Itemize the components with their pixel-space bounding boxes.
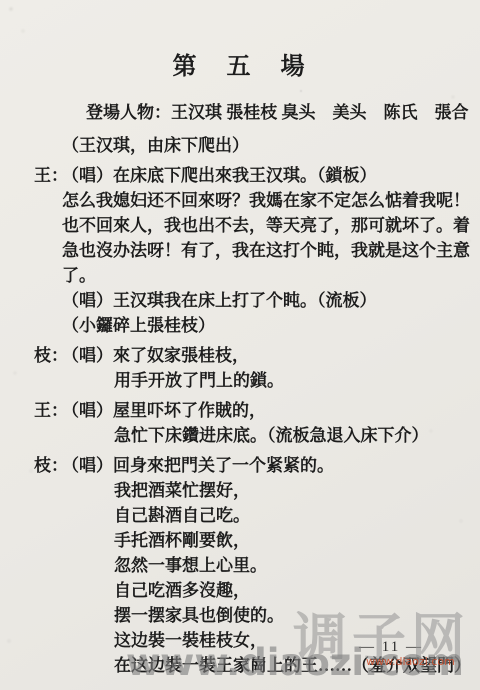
script-line: （小鑼碎上張桂枝） [0, 313, 480, 338]
script-body: 王： （唱）在床底下爬出來我王汉琪。（鎖板） 怎么我媳妇还不回來呀？我媽在家不定… [0, 163, 480, 678]
speaker-label: 枝： [34, 343, 68, 368]
script-line: 王： （唱）在床底下爬出來我王汉琪。（鎖板） [0, 163, 480, 188]
speaker-label: 王： [34, 398, 68, 423]
script-line: 忽然一事想上心里。 [0, 553, 480, 578]
script-line: 自己吃酒多沒趣， [0, 578, 480, 603]
script-line: 摆一摆家具也倒使的。 [0, 603, 480, 628]
line-text: 怎么我媳妇还不回來呀？我媽在家不定怎么惦着我呢！ [62, 191, 470, 210]
line-text: （唱）屋里吓坏了作賊的， [62, 401, 266, 420]
line-text: 自己吃酒多沒趣， [114, 581, 250, 600]
script-line: 急也沒办法呀！有了，我在这打个盹，我就是这个主意 [0, 238, 480, 263]
speaker-label: 王： [34, 163, 68, 188]
script-line: 我把酒菜忙摆好， [0, 478, 480, 503]
cast-label: 登場人物： [86, 103, 171, 122]
line-text: 用手开放了門上的鎖。 [114, 371, 284, 390]
script-line: 用手开放了門上的鎖。 [0, 368, 480, 393]
line-text: 急忙下床鑽进床底。（流板急退入床下介） [114, 426, 429, 445]
script-line: 枝： （唱）來了奴家張桂枝， [0, 343, 480, 368]
line-text: （唱）來了奴家張桂枝， [62, 346, 249, 365]
line-text: 这边裝一裝桂枝女， [114, 631, 267, 650]
speaker-label: 枝： [34, 453, 68, 478]
line-text: 自己斟酒自己吃。 [114, 506, 250, 525]
line-text: （唱）王汉琪我在床上打了个盹。（流板） [62, 291, 377, 310]
script-line: 王： （唱）屋里吓坏了作賊的， [0, 398, 480, 423]
entry-stage-direction: （王汉琪，由床下爬出） [62, 131, 480, 156]
script-line: 也不回來人，我也出不去，等天亮了，那可就坏了。着 [0, 213, 480, 238]
line-text: 在这边裝一裝王家崗上的王……（羞介双望門） [114, 656, 471, 675]
script-line: 自己斟酒自己吃。 [0, 503, 480, 528]
cast-names: 王汉琪 張桂枝 臭头 美头 陈氏 張合 [171, 103, 469, 122]
scene-title: 第 五 場 [0, 46, 480, 81]
script-line: （唱）王汉琪我在床上打了个盹。（流板） [0, 288, 480, 313]
script-line: 在这边裝一裝王家崗上的王……（羞介双望門） [0, 653, 480, 678]
line-text: 了。 [62, 266, 96, 285]
line-text: 手托酒杯剛要飲， [114, 531, 250, 550]
line-text: 忽然一事想上心里。 [114, 556, 267, 575]
cast-line: 登場人物：王汉琪 張桂枝 臭头 美头 陈氏 張合 [86, 98, 480, 123]
line-text: 急也沒办法呀！有了，我在这打个盹，我就是这个主意 [62, 241, 470, 260]
script-line: 枝： （唱）回身來把門关了一个紧紧的。 [0, 453, 480, 478]
scan-noise [0, 0, 2, 2]
script-line: 怎么我媳妇还不回來呀？我媽在家不定怎么惦着我呢！ [0, 188, 480, 213]
line-text: （唱）在床底下爬出來我王汉琪。（鎖板） [62, 166, 377, 185]
script-line: 了。 [0, 263, 480, 288]
script-line: 手托酒杯剛要飲， [0, 528, 480, 553]
line-text: 摆一摆家具也倒使的。 [114, 606, 284, 625]
script-line: 急忙下床鑽进床底。（流板急退入床下介） [0, 423, 480, 448]
page-number: — 11 — [356, 639, 426, 656]
line-text: 我把酒菜忙摆好， [114, 481, 250, 500]
line-text: 也不回來人，我也出不去，等天亮了，那可就坏了。着 [62, 216, 470, 235]
line-text: （唱）回身來把門关了一个紧紧的。 [62, 456, 334, 475]
scanned-script-page: 第 五 場 登場人物：王汉琪 張桂枝 臭头 美头 陈氏 張合 （王汉琪，由床下爬… [0, 0, 480, 690]
line-text: （小鑼碎上張桂枝） [62, 316, 215, 335]
